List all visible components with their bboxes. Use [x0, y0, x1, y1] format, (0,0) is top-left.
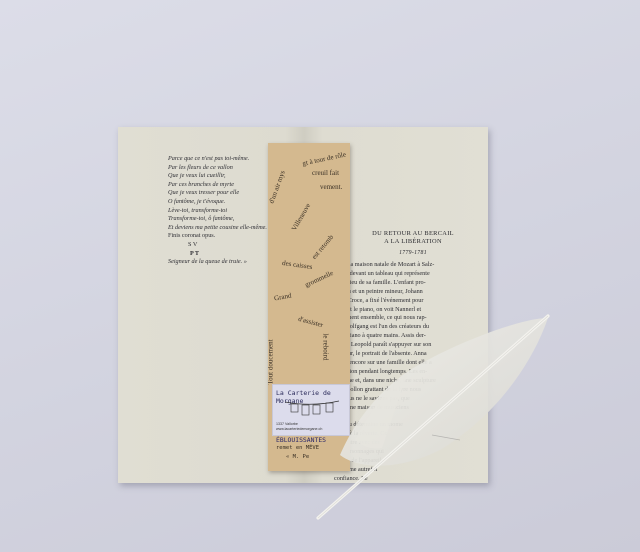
- quill-feather: [0, 0, 640, 552]
